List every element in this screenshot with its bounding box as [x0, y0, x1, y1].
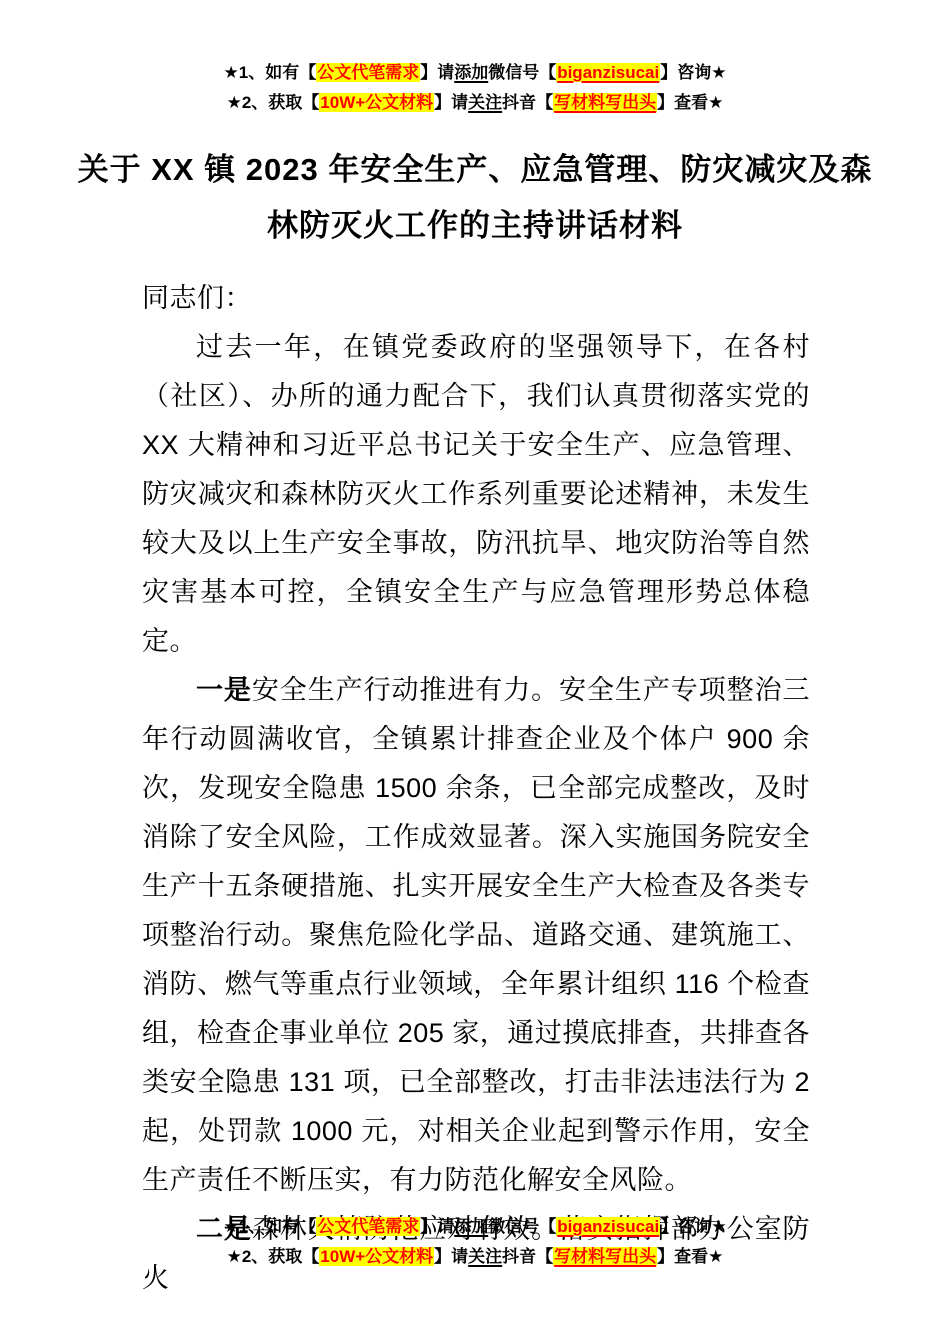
notice-text: 】请 — [420, 63, 454, 82]
paragraph-overview: 过去一年，在镇党委政府的坚强领导下，在各村（社区）、办所的通力配合下，我们认真贯… — [142, 323, 810, 666]
notice-text: 】请 — [434, 93, 468, 112]
highlighted-service-text: 公文代笔需求 — [316, 63, 420, 82]
top-notice: ★1、如有【公文代笔需求】请添加微信号【biganzisucai】咨询★ ★2、… — [0, 0, 950, 118]
wechat-id-text: biganzisucai — [556, 1217, 660, 1236]
notice-text: 】咨询★ — [660, 1217, 726, 1236]
salutation: 同志们： — [142, 274, 810, 323]
notice-text: 】请 — [420, 1217, 454, 1236]
paragraph-lead: 一是 — [196, 675, 252, 705]
paragraph-text: 安全生产行动推进有力。安全生产专项整治三年行动圆满收官，全镇累计排查企业及个体户… — [142, 675, 810, 1195]
bottom-notice: ★1、如有【公文代笔需求】请添加微信号【biganzisucai】咨询★ ★2、… — [0, 1212, 950, 1272]
document-page: ★1、如有【公文代笔需求】请添加微信号【biganzisucai】咨询★ ★2、… — [0, 0, 950, 1344]
document-title-line-1: 关于 XX 镇 2023 年安全生产、应急管理、防灾减灾及森 — [0, 142, 950, 198]
paragraph-point-one: 一是安全生产行动推进有力。安全生产专项整治三年行动圆满收官，全镇累计排查企业及个… — [142, 666, 810, 1205]
notice-text: 】咨询★ — [660, 63, 726, 82]
bottom-notice-line-2: ★2、获取【10W+公文材料】请关注抖音【写材料写出头】查看★ — [0, 1242, 950, 1272]
underlined-action-text: 添加 — [454, 63, 488, 82]
wechat-id-text: biganzisucai — [556, 63, 660, 82]
notice-text: ★1、如有【 — [224, 1217, 317, 1236]
bottom-notice-line-1: ★1、如有【公文代笔需求】请添加微信号【biganzisucai】咨询★ — [0, 1212, 950, 1242]
underlined-action-text: 关注 — [468, 1247, 502, 1266]
highlighted-service-text: 公文代笔需求 — [316, 1217, 420, 1236]
document-title: 关于 XX 镇 2023 年安全生产、应急管理、防灾减灾及森 林防灭火工作的主持… — [0, 142, 950, 254]
notice-text: 微信号【 — [488, 63, 556, 82]
notice-text: 抖音【 — [502, 93, 553, 112]
notice-text: ★2、获取【 — [227, 93, 320, 112]
notice-text: ★1、如有【 — [224, 63, 317, 82]
underlined-action-text: 添加 — [454, 1217, 488, 1236]
notice-text: ★2、获取【 — [227, 1247, 320, 1266]
highlighted-material-text: 10W+公文材料 — [319, 1247, 434, 1266]
douyin-id-text: 写材料写出头 — [553, 93, 657, 112]
document-title-line-2: 林防灭火工作的主持讲话材料 — [0, 198, 950, 254]
highlighted-material-text: 10W+公文材料 — [319, 93, 434, 112]
document-body: 同志们： 过去一年，在镇党委政府的坚强领导下，在各村（社区）、办所的通力配合下，… — [142, 274, 810, 1303]
notice-text: 】查看★ — [657, 1247, 723, 1266]
notice-text: 】查看★ — [657, 93, 723, 112]
notice-text: 微信号【 — [488, 1217, 556, 1236]
douyin-id-text: 写材料写出头 — [553, 1247, 657, 1266]
top-notice-line-1: ★1、如有【公文代笔需求】请添加微信号【biganzisucai】咨询★ — [0, 58, 950, 88]
top-notice-line-2: ★2、获取【10W+公文材料】请关注抖音【写材料写出头】查看★ — [0, 88, 950, 118]
underlined-action-text: 关注 — [468, 93, 502, 112]
notice-text: 抖音【 — [502, 1247, 553, 1266]
notice-text: 】请 — [434, 1247, 468, 1266]
